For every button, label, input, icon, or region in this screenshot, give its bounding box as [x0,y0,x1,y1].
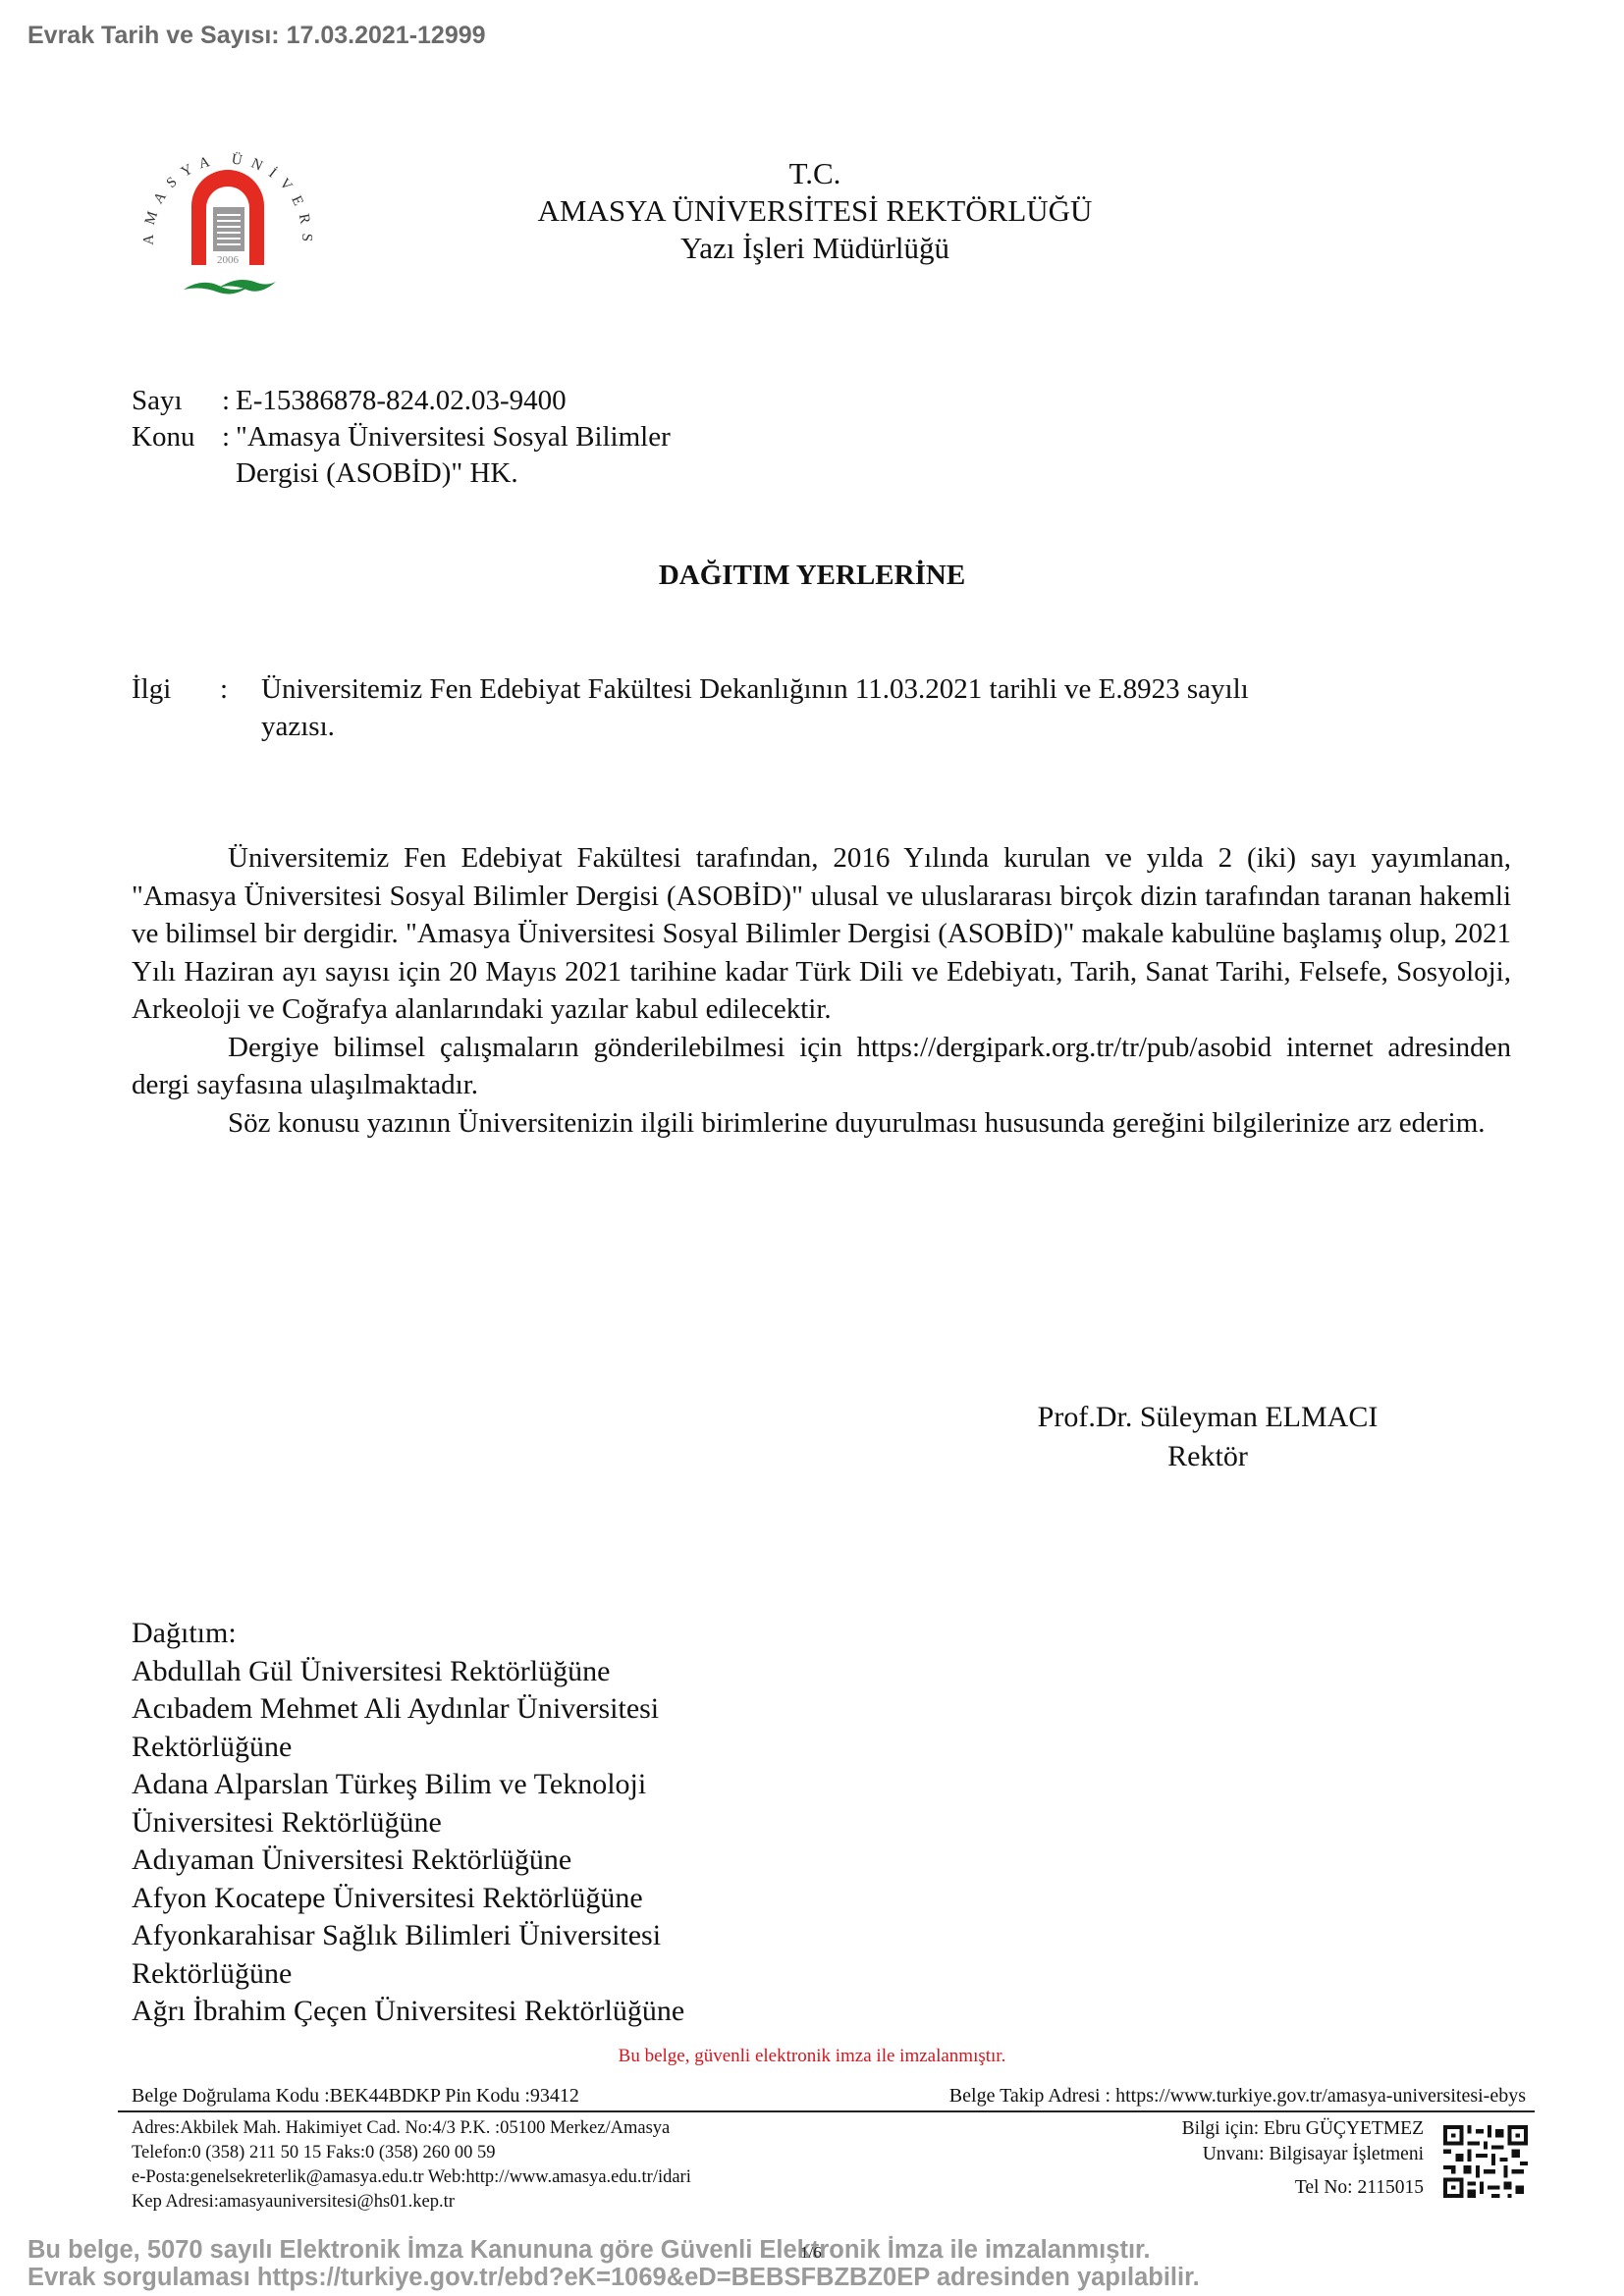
reference: İlgi : Üniversitemiz Fen Edebiyat Fakült… [132,670,1249,745]
university-logo: AMASYA ÜNİVERSİTESİ 2006 [133,133,324,309]
sayi-colon: : [222,383,236,419]
konu-label: Konu [132,419,222,455]
distribution-item: Afyonkarahisar Sağlık Bilimleri Üniversi… [132,1917,684,1955]
header-rectorate: AMASYA ÜNİVERSİTESİ REKTÖRLÜĞÜ [412,192,1218,230]
esignature-note: Bu belge, güvenli elektronik imza ile im… [0,2046,1624,2067]
info-tel: Tel No: 2115015 [1080,2175,1424,2201]
body-paragraph: Üniversitemiz Fen Edebiyat Fakültesi tar… [132,839,1511,1029]
contact-address: Adres:Akbilek Mah. Hakimiyet Cad. No:4/3… [132,2116,691,2141]
document-date-number-stamp: Evrak Tarih ve Sayısı: 17.03.2021-12999 [27,22,486,50]
distribution-item: Afyon Kocatepe Üniversitesi Rektörlüğüne [132,1880,684,1918]
stamp-line2[interactable]: Evrak sorgulaması https://turkiye.gov.tr… [27,2264,1200,2291]
info-contact-person: Bilgi için: Ebru GÜÇYETMEZ [1080,2116,1424,2142]
header-department: Yazı İşleri Müdürlüğü [412,230,1218,267]
konu-value-line2: Dergisi (ASOBİD)" HK. [132,455,671,492]
ilgi-line2: yazısı. [132,708,1249,745]
signature-block: Prof.Dr. Süleyman ELMACI Rektör [1011,1398,1404,1476]
body-paragraph: Dergiye bilimsel çalışmaların gönderileb… [132,1029,1511,1104]
distribution-item: Abdullah Gül Üniversitesi Rektörlüğüne [132,1653,684,1691]
signatory-title: Rektör [1011,1437,1404,1476]
info-position: Unvanı: Bilgisayar İşletmeni [1080,2142,1424,2167]
stamp-line1: Bu belge, 5070 sayılı Elektronik İmza Ka… [27,2236,1200,2264]
distribution-item: Adıyaman Üniversitesi Rektörlüğüne [132,1842,684,1880]
distribution-label: Dağıtım: [132,1615,684,1653]
konu-value-line1: "Amasya Üniversitesi Sosyal Bilimler [236,419,671,455]
signatory-name: Prof.Dr. Süleyman ELMACI [1011,1398,1404,1437]
document-meta: Sayı : E-15386878-824.02.03-9400 Konu : … [132,383,671,492]
verification-row: Belge Doğrulama Kodu :BEK44BDKP Pin Kodu… [132,2085,1526,2108]
footer-divider [118,2110,1535,2112]
page-number: 1/6 [800,2243,822,2263]
ilgi-line1: Üniversitemiz Fen Edebiyat Fakültesi Dek… [261,670,1249,708]
header-tc: T.C. [412,155,1218,192]
amasya-university-seal-icon: AMASYA ÜNİVERSİTESİ 2006 [133,133,324,309]
body-paragraph: Söz konusu yazının Üniversitenizin ilgil… [132,1104,1511,1143]
recipient-title: DAĞITIM YERLERİNE [0,560,1624,592]
distribution-item: Rektörlüğüne [132,1729,684,1767]
info-block: Bilgi için: Ebru GÜÇYETMEZ Unvanı: Bilgi… [1080,2116,1424,2201]
distribution-item: Rektörlüğüne [132,1955,684,1994]
konu-colon: : [222,419,236,455]
sayi-value: E-15386878-824.02.03-9400 [236,383,567,419]
distribution-list: Dağıtım: Abdullah Gül Üniversitesi Rektö… [132,1615,684,2031]
sayi-label: Sayı [132,383,222,419]
contact-email-web[interactable]: e-Posta:genelsekreterlik@amasya.edu.tr W… [132,2165,691,2190]
contact-block: Adres:Akbilek Mah. Hakimiyet Cad. No:4/3… [132,2116,691,2215]
letter-body: Üniversitemiz Fen Edebiyat Fakültesi tar… [132,839,1511,1142]
contact-kep: Kep Adresi:amasyauniversitesi@hs01.kep.t… [132,2190,691,2215]
svg-text:2006: 2006 [217,254,240,266]
letterhead: T.C. AMASYA ÜNİVERSİTESİ REKTÖRLÜĞÜ Yazı… [412,155,1218,267]
esignature-law-stamp: Bu belge, 5070 sayılı Elektronik İmza Ka… [27,2236,1200,2291]
distribution-item: Acıbadem Mehmet Ali Aydınlar Üniversites… [132,1690,684,1729]
ilgi-colon: : [220,670,261,708]
verification-code: Belge Doğrulama Kodu :BEK44BDKP Pin Kodu… [132,2085,579,2108]
distribution-item: Üniversitesi Rektörlüğüne [132,1804,684,1842]
ilgi-label: İlgi [132,670,220,708]
tracking-address[interactable]: Belge Takip Adresi : https://www.turkiye… [949,2085,1526,2108]
qr-code-icon [1443,2125,1528,2198]
distribution-item: Adana Alparslan Türkeş Bilim ve Teknoloj… [132,1766,684,1804]
contact-phone: Telefon:0 (358) 211 50 15 Faks:0 (358) 2… [132,2141,691,2165]
distribution-item: Ağrı İbrahim Çeçen Üniversitesi Rektörlü… [132,1993,684,2031]
